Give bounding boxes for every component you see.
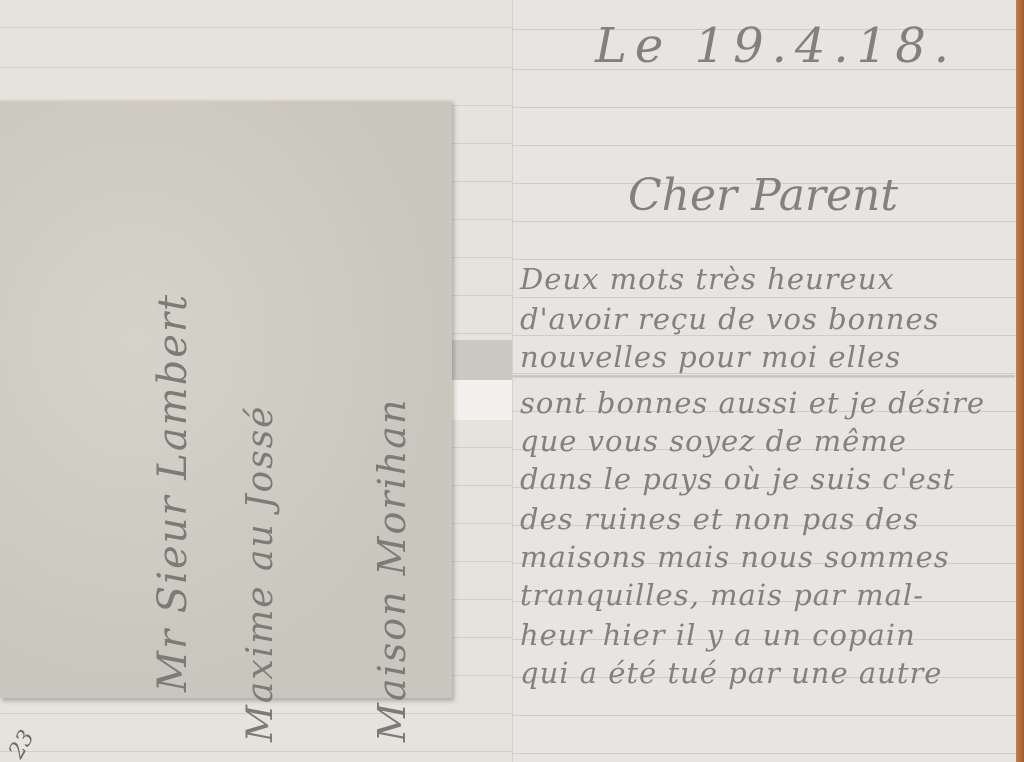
photo-scene: Mr Sieur Lambert Maxime au Jossé Maison … <box>0 0 1024 762</box>
envelope-addressee: Mr Sieur Lambert <box>150 293 196 692</box>
letter-line: des ruines et non pas des <box>520 502 919 536</box>
letter-line: heur hier il y a un copain <box>520 618 916 652</box>
letter-line: maisons mais nous sommes <box>520 540 950 574</box>
letter-line: d'avoir reçu de vos bonnes <box>520 302 940 336</box>
envelope-address-line: Maxime au Jossé <box>240 405 281 742</box>
envelope-address-line: Maison Morihan <box>370 398 414 742</box>
letter-fold-corner <box>452 340 512 420</box>
letter-fold-crease <box>512 374 1015 378</box>
letter-line: qui a été tué par une autre <box>520 656 942 690</box>
letter-line: dans le pays où je suis c'est <box>520 462 955 496</box>
letter-line: que vous soyez de même <box>520 424 907 458</box>
letter-salutation: Cher Parent <box>628 170 898 221</box>
envelope: Mr Sieur Lambert Maxime au Jossé Maison … <box>0 100 452 698</box>
letter-line: tranquilles, mais par mal- <box>520 578 924 612</box>
letter-line: nouvelles pour moi elles <box>520 340 901 374</box>
letter-line: Deux mots très heureux <box>520 262 895 296</box>
letter-line: sont bonnes aussi et je désire <box>520 386 985 420</box>
letter-date: Le 19.4.18. <box>595 18 957 74</box>
